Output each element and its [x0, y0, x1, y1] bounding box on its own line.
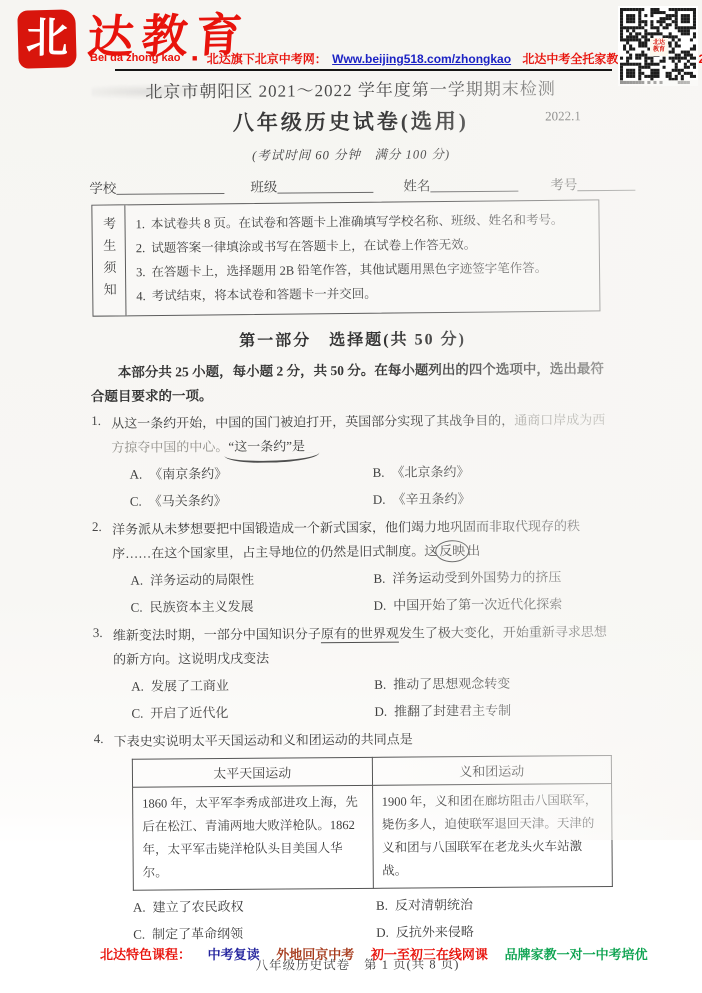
option-d: D.中国开始了第一次近代化探索	[374, 590, 617, 619]
ad-item: 初一至初三在线网课	[371, 947, 488, 962]
option-b: B.《北京条约》	[372, 457, 615, 486]
section-intro: 本部分共 25 小题，每小题 2 分，共 50 分。在每小题列出的四个选项中，选…	[91, 357, 615, 409]
question-3: 3. 维新变法时期，一部分中国知识分子原有的世界观发生了极大变化，开始重新寻求思…	[93, 620, 618, 727]
square-bullet-icon: ■	[192, 53, 197, 63]
table-header-taiping: 太平天国运动	[132, 757, 372, 787]
ad-item: 中考复读	[208, 947, 260, 962]
handwritten-underline: 原有的世界观	[321, 626, 399, 644]
question-number: 2.	[92, 519, 102, 535]
options: A.洋务运动的局限性 B.洋务运动受到外国势力的挤压 C.民族资本主义发展 D.…	[112, 563, 616, 621]
beida-logo-seal: 北	[17, 9, 76, 68]
question-2: 2. 洋务派从未梦想要把中国锻造成一个新式国家，他们竭力地巩固而非取代现存的秩序…	[92, 514, 617, 621]
notice-item: 3.在答题卡上，选择题用 2B 铅笔作答，其他试题用黑色字迹签字笔作答。	[136, 255, 591, 284]
option-c: C.开启了近代化	[131, 698, 374, 727]
class-blank	[277, 179, 373, 194]
school-blank	[116, 180, 224, 195]
name-blank	[430, 178, 518, 193]
handwritten-circle: 反映	[435, 540, 469, 562]
options: A.建立了农民政权 B.反对清朝统治 C.制定了革命纲领 D.反抗外来侵略	[115, 890, 619, 948]
notice-item: 4.考试结束，将本试卷和答题卡一并交回。	[136, 279, 591, 308]
question-stem: 从这一条约开始，中国的国门被迫打开，英国部分实现了其战争目的，通商口岸成为西方掠…	[111, 408, 615, 460]
exam-meta: (考试时间 60 分钟 满分 100 分)	[89, 143, 613, 165]
ad-item: 外地回京中考	[276, 947, 354, 962]
table-header-yihetuan: 义和团运动	[372, 755, 612, 785]
option-d: D.反抗外来侵略	[376, 917, 619, 946]
handwritten-underline: “这一条约”是	[228, 434, 305, 459]
question-number: 3.	[93, 625, 103, 641]
table-row: 1860 年，太平军李秀成部进攻上海，先后在松江、青浦两地大败洋枪队。1862 …	[133, 783, 613, 890]
table-cell-yihetuan: 1900 年，义和团在廊坊阻击八国联军，毙伤多人，迫使联军退回天津。天津的义和团…	[372, 783, 612, 888]
exam-content: 北京市朝阳区 2021～2022 学年度第一学期期末检测 八年级历史试卷(选用)…	[0, 73, 702, 975]
ad-prefix: 北达特色课程：	[100, 947, 191, 962]
section-heading: 第一部分 选择题(共 50 分)	[90, 325, 614, 352]
branding-header: 北 达教育 Bei da zhong kao ■ 北达旗下北京中考网： Www.…	[0, 0, 702, 78]
option-b: B.反对清朝统治	[376, 890, 619, 919]
tagline-prefix: 北达旗下北京中考网：	[207, 52, 327, 66]
comparison-table: 太平天国运动 义和团运动 1860 年，太平军李秀成部进攻上海，先后在松江、青浦…	[132, 755, 613, 891]
question-number: 4.	[94, 731, 104, 747]
notice-items: 1.本试卷共 8 页。在试卷和答题卡上准确填写学校名称、班级、姓名和考号。 2.…	[125, 200, 599, 315]
question-stem: 维新变法时期，一部分中国知识分子原有的世界观发生了极大变化，开始重新寻求思想的新…	[113, 620, 617, 672]
question-stem: 下表史实说明太平天国运动和义和团运动的共同点是	[114, 726, 618, 754]
option-d: D.推翻了封建君主专制	[374, 696, 617, 725]
option-b: B.洋务运动受到外国势力的挤压	[373, 563, 616, 592]
bottom-ad-line: 北达特色课程： 中考复读 外地回京中考 初一至初三在线网课 品牌家教一对一中考培…	[100, 944, 661, 963]
question-number: 1.	[91, 413, 101, 429]
exam-subtitle-row: 八年级历史试卷(选用) 2022.1	[89, 104, 613, 136]
notice-box: 考生须知 1.本试卷共 8 页。在试卷和答题卡上准确填写学校名称、班级、姓名和考…	[91, 199, 600, 316]
scan-smudge	[92, 83, 232, 100]
option-a: A.发展了工商业	[131, 671, 374, 700]
options: A.发展了工商业 B.推动了思想观念转变 C.开启了近代化 D.推翻了封建君主专…	[113, 669, 617, 727]
option-a: A.洋务运动的局限性	[130, 565, 373, 594]
question-stem: 洋务派从未梦想要把中国锻造成一个新式国家，他们竭力地巩固而非取代现存的秩序……在…	[112, 514, 616, 566]
beida-logo-pinyin: Bei da zhong kao	[90, 52, 180, 64]
name-field: 姓名	[403, 173, 550, 194]
beijing518-link: Www.beijing518.com/zhongkao	[332, 52, 511, 66]
class-field: 班级	[250, 175, 403, 196]
qr-center-logo: 北达教育	[650, 38, 668, 56]
question-1: 1. 从这一条约开始，中国的国门被迫打开，英国部分实现了其战争目的，通商口岸成为…	[91, 408, 616, 515]
qr-code: 北达教育	[618, 6, 698, 86]
options: A.《南京条约》 B.《北京条约》 C.《马关条约》 D.《辛丑条约》	[111, 457, 615, 515]
option-a: A.《南京条约》	[129, 459, 372, 488]
option-b: B.推动了思想观念转变	[374, 669, 617, 698]
ad-item: 品牌家教一对一中考培优	[505, 947, 648, 962]
examno-blank	[577, 177, 635, 191]
option-d: D.《辛丑条约》	[373, 484, 616, 513]
option-a: A.建立了农民政权	[133, 892, 376, 921]
scanned-exam-page: 北 达教育 Bei da zhong kao ■ 北达旗下北京中考网： Www.…	[0, 0, 702, 993]
notice-item: 1.本试卷共 8 页。在试卷和答题卡上准确填写学校名称、班级、姓名和考号。	[135, 207, 590, 236]
option-c: C.民族资本主义发展	[131, 592, 374, 621]
notice-side-label: 考生须知	[92, 205, 126, 315]
examno-field: 考号	[550, 173, 635, 194]
seal-character: 北	[26, 18, 68, 60]
option-c: C.《马关条约》	[130, 486, 373, 515]
question-4: 4. 下表史实说明太平天国运动和义和团运动的共同点是 太平天国运动 义和团运动 …	[94, 726, 620, 948]
exam-subtitle: 八年级历史试卷(选用)	[89, 104, 613, 138]
table-cell-taiping: 1860 年，太平军李秀成部进攻上海，先后在松江、青浦两地大败洋枪队。1862 …	[133, 785, 373, 890]
school-field: 学校	[89, 176, 250, 197]
header-divider	[115, 69, 612, 71]
table-header-row: 太平天国运动 义和团运动	[132, 755, 611, 787]
student-info-line: 学校 班级 姓名 考号	[89, 173, 613, 197]
exam-date: 2022.1	[545, 108, 581, 124]
